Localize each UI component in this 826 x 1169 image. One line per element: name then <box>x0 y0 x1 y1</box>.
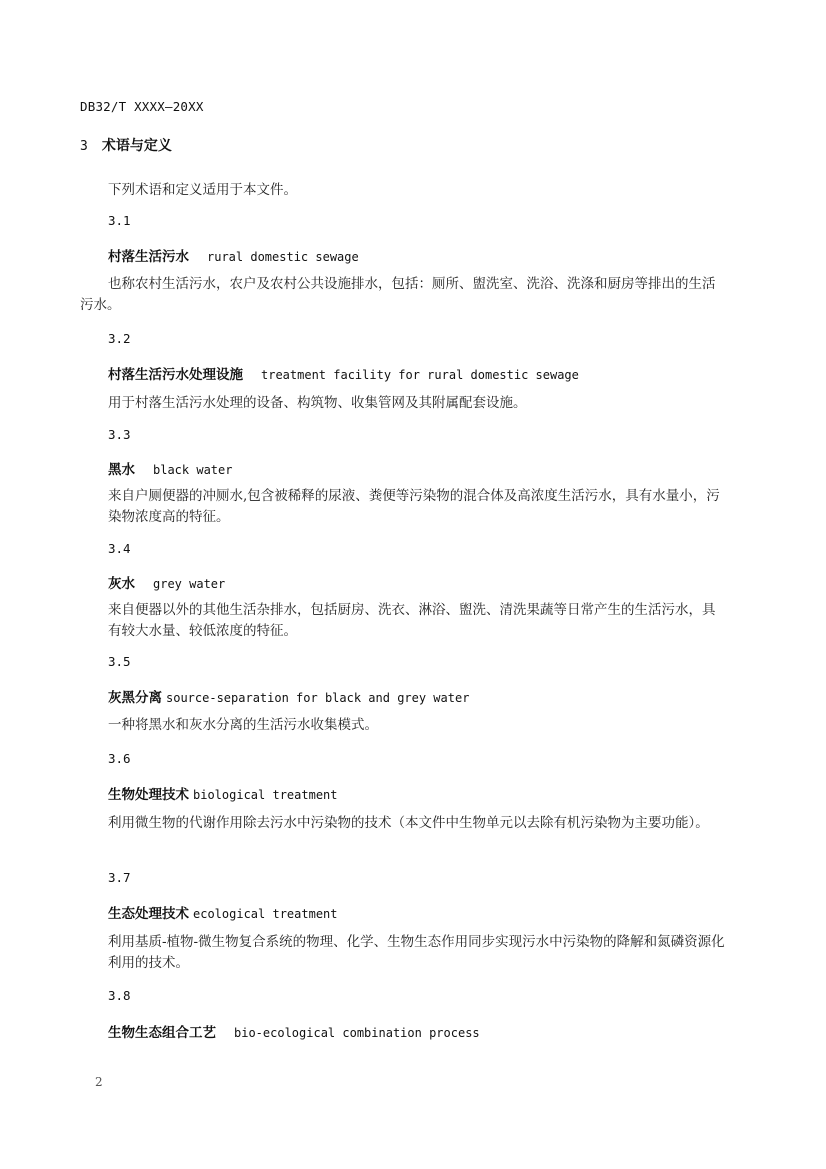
section-title: 术语与定义 <box>102 138 172 154</box>
term-heading: 黑水black water <box>108 458 232 478</box>
term-english: treatment facility for rural domestic se… <box>261 368 579 382</box>
term-number: 3.1 <box>108 213 131 228</box>
intro-paragraph: 下列术语和定义适用于本文件。 <box>108 178 297 198</box>
term-english: grey water <box>153 577 225 591</box>
term-english: source-separation for black and grey wat… <box>166 691 469 705</box>
term-number: 3.4 <box>108 541 131 556</box>
term-chinese: 灰黑分离 <box>108 690 162 706</box>
term-english: black water <box>153 463 232 477</box>
term-english: rural domestic sewage <box>207 250 359 264</box>
section-number: 3 <box>80 139 88 154</box>
term-number: 3.3 <box>108 427 131 442</box>
term-chinese: 村落生活污水处理设施 <box>108 367 243 383</box>
term-definition: 来自便器以外的其他生活杂排水，包括厨房、洗衣、淋浴、盥洗、清洗果蔬等日常产生的生… <box>108 600 728 642</box>
term-number: 3.8 <box>108 988 131 1003</box>
term-number: 3.6 <box>108 751 131 766</box>
section-heading: 3术语与定义 <box>80 135 172 155</box>
term-definition: 利用基质-植物-微生物复合系统的物理、化学、生物生态作用同步实现污水中污染物的降… <box>108 932 728 974</box>
term-chinese: 生物处理技术 <box>108 787 189 803</box>
term-definition: 来自户厕便器的冲厕水,包含被稀释的尿液、粪便等污染物的混合体及高浓度生活污水，具… <box>108 486 728 528</box>
term-definition: 利用微生物的代谢作用除去污水中污染物的技术（本文件中生物单元以去除有机污染物为主… <box>80 813 728 834</box>
term-english: biological treatment <box>193 788 338 802</box>
term-number: 3.7 <box>108 870 131 885</box>
term-chinese: 村落生活污水 <box>108 249 189 265</box>
term-chinese: 生态处理技术 <box>108 906 189 922</box>
term-number: 3.2 <box>108 331 131 346</box>
term-heading: 生物生态组合工艺bio-ecological combination proce… <box>108 1021 480 1041</box>
term-definition: 用于村落生活污水处理的设备、构筑物、收集管网及其附属配套设施。 <box>108 393 728 414</box>
term-heading: 生物处理技术biological treatment <box>108 783 338 803</box>
term-english: ecological treatment <box>193 907 338 921</box>
term-heading: 村落生活污水处理设施treatment facility for rural d… <box>108 363 579 383</box>
term-heading: 灰水grey water <box>108 572 225 592</box>
standard-code-header: DB32/T XXXX—20XX <box>80 99 204 114</box>
term-chinese: 生物生态组合工艺 <box>108 1025 216 1041</box>
document-page: DB32/T XXXX—20XX 3术语与定义 下列术语和定义适用于本文件。 3… <box>0 0 826 1169</box>
term-heading: 生态处理技术ecological treatment <box>108 902 338 922</box>
term-heading: 灰黑分离source-separation for black and grey… <box>108 686 469 706</box>
term-english: bio-ecological combination process <box>234 1026 480 1040</box>
term-definition: 也称农村生活污水，农户及农村公共设施排水，包括：厕所、盥洗室、洗浴、洗涤和厨房等… <box>80 274 728 316</box>
term-heading: 村落生活污水rural domestic sewage <box>108 245 359 265</box>
term-chinese: 灰水 <box>108 576 135 592</box>
page-number: 2 <box>95 1075 103 1089</box>
term-definition: 一种将黑水和灰水分离的生活污水收集模式。 <box>108 715 728 736</box>
term-number: 3.5 <box>108 654 131 669</box>
term-chinese: 黑水 <box>108 462 135 478</box>
